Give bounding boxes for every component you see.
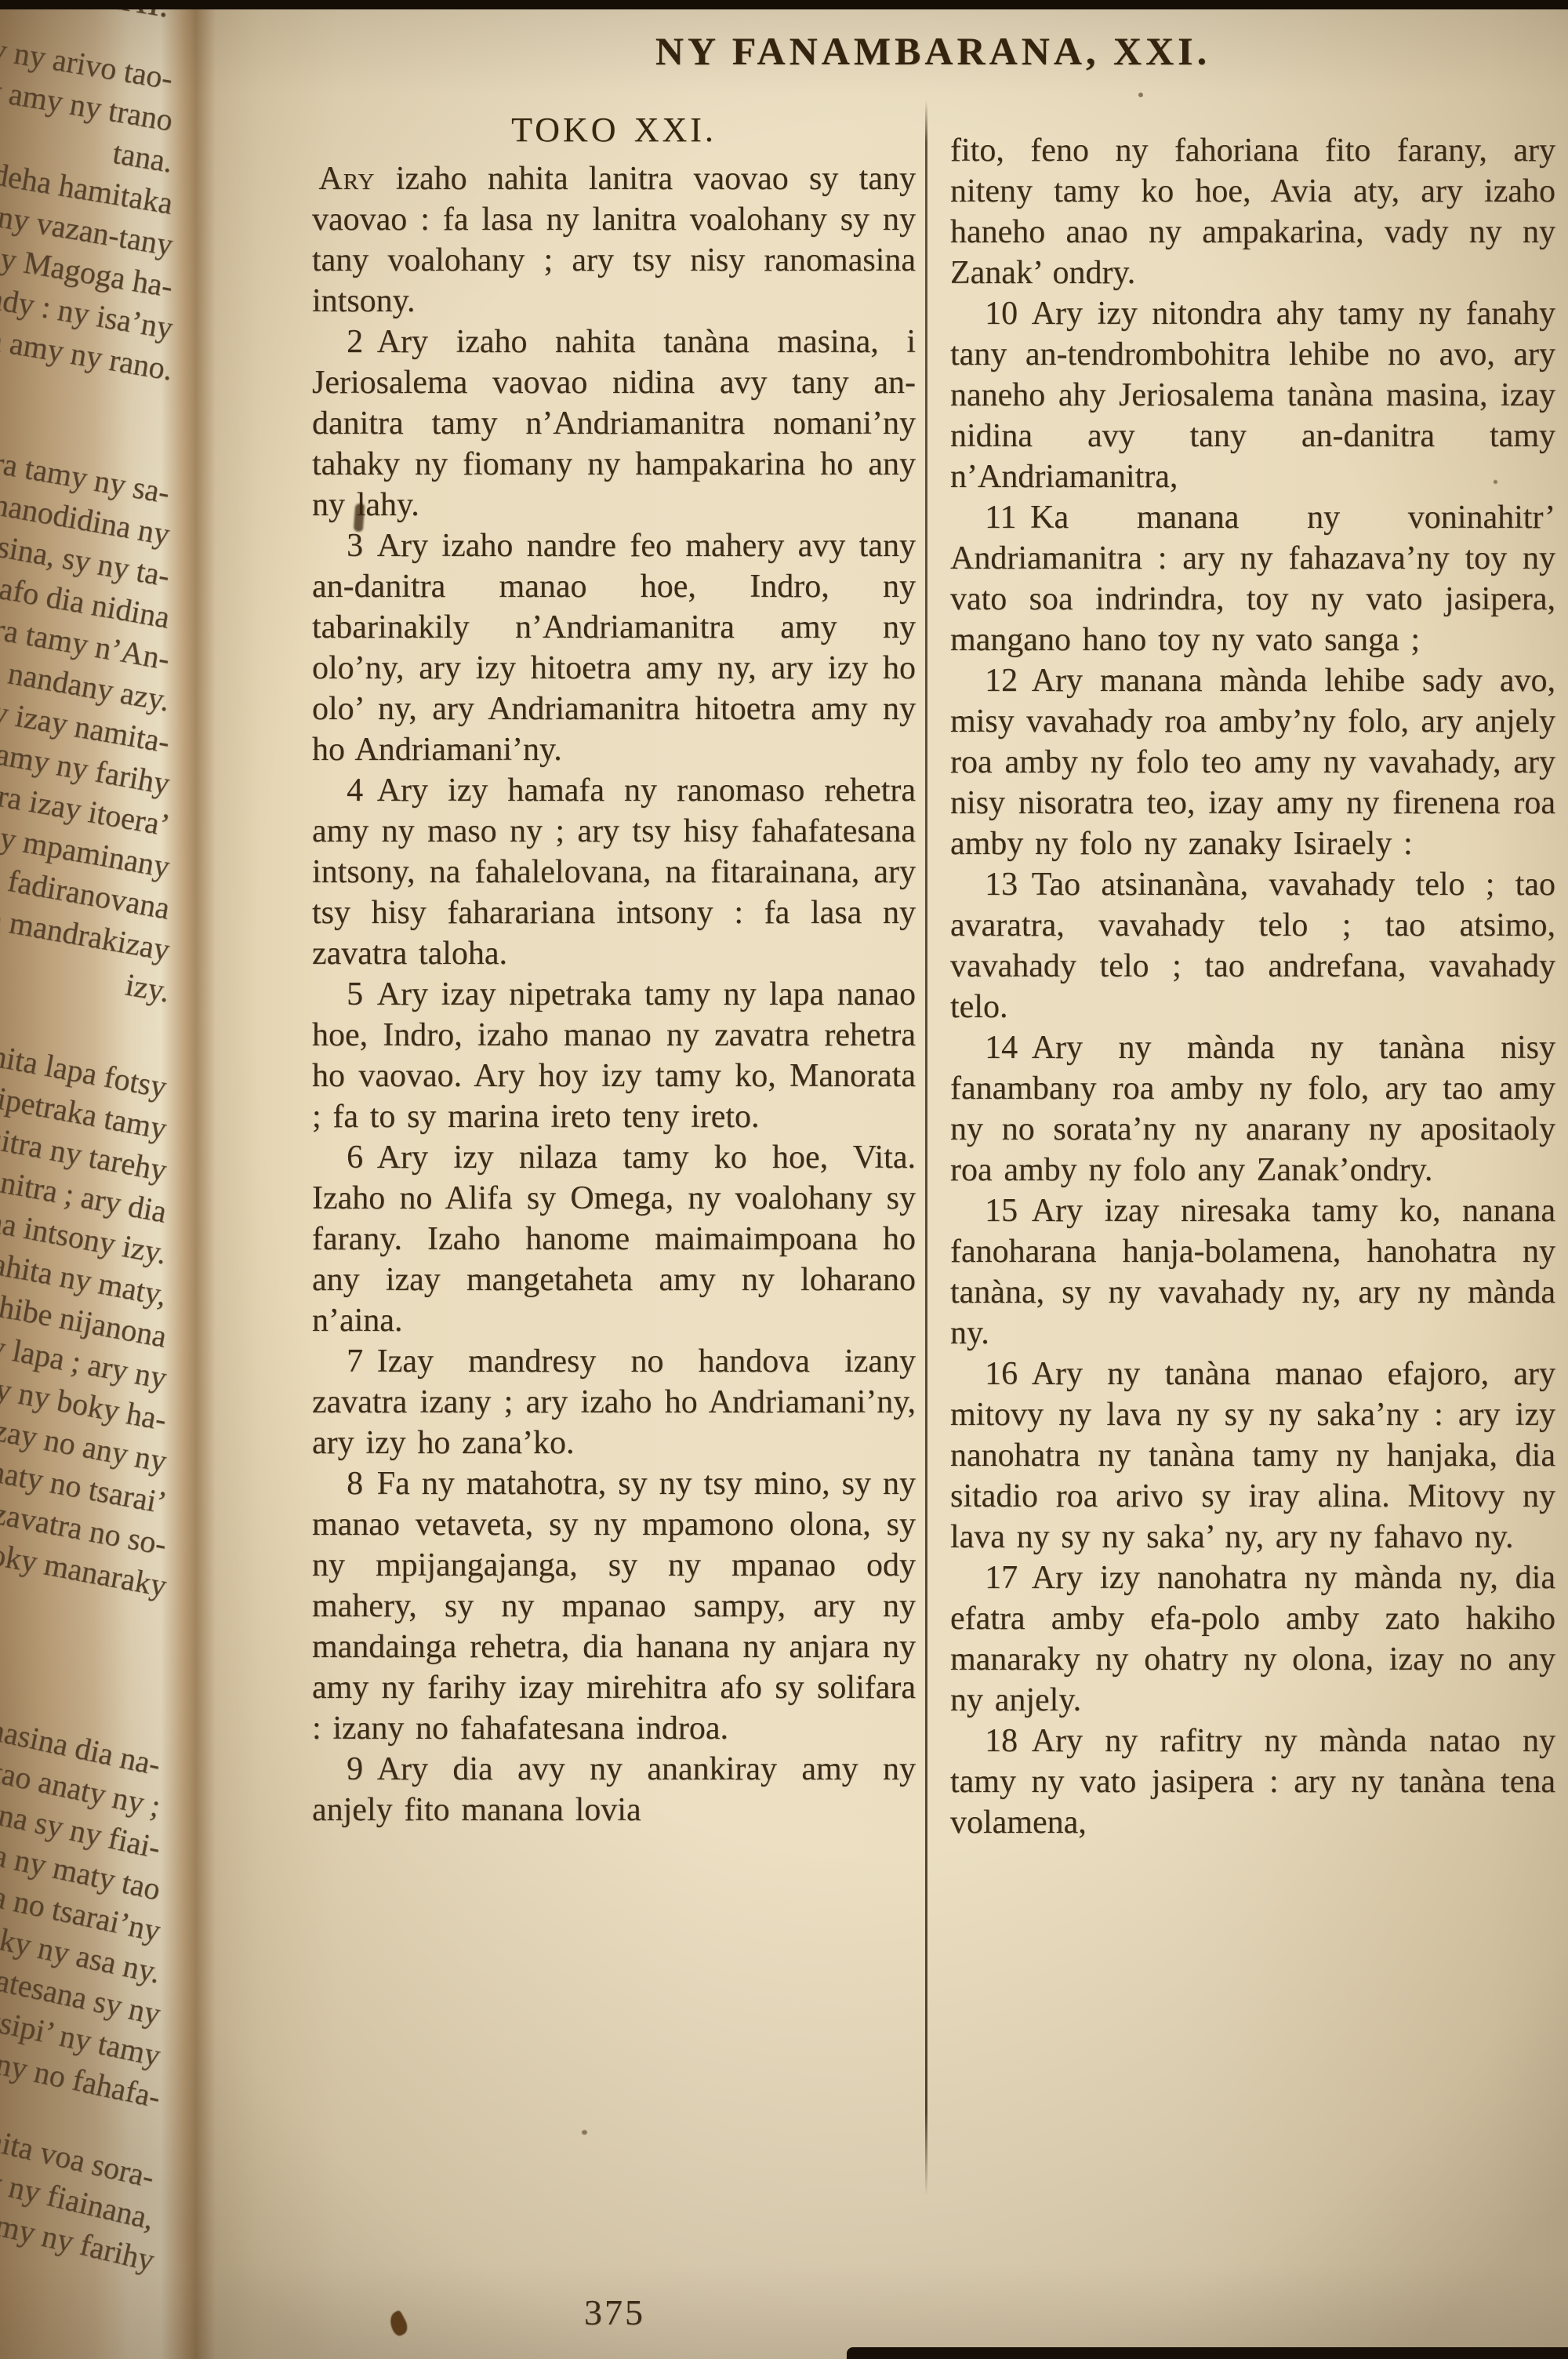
verse-text: Ary izay nipetraka tamy ny lapa nanao ho… [312, 976, 916, 1135]
left-column: TOKO XXI. Ary izaho nahita lanitra vaova… [312, 110, 916, 1830]
verse-text: Ka manana ny voninahitr’ Andriamanitra :… [950, 500, 1555, 658]
verse-number: 3 [347, 528, 363, 564]
paper-speck [1138, 93, 1143, 97]
edge-fragment-group: fa’lany ny arivo tao-ha’ny amy ny tranot… [0, 58, 172, 391]
photo-top-edge [0, 0, 1568, 9]
verse-number: 8 [347, 1466, 363, 1502]
verse-text: Ary ny tanàna manao efajoro, ary mitovy … [950, 1356, 1555, 1555]
verse-paragraph: 11Ka manana ny voninahitr’ Andriamanitra… [950, 497, 1555, 660]
verse-list: 10Ary izy nitondra ahy tamy ny fanahy ta… [950, 293, 1555, 1843]
verse-number: 17 [985, 1560, 1018, 1596]
verse-text: Ary izy nanohatra ny mànda ny, dia efatr… [950, 1560, 1555, 1718]
verse-continuation: fito, feno ny fahoriana fito farany, ary… [950, 130, 1555, 293]
paper-speck [582, 2130, 587, 2135]
verse-text: Ary manana mànda lehibe sady avo, misy v… [950, 663, 1555, 862]
verse-paragraph: 2Ary izaho nahita tanàna masina, i Jerio… [312, 322, 916, 525]
verse-paragraph: 6Ary izy nilaza tamy ko hoe, Vita. Izaho… [312, 1137, 916, 1341]
verse-text: Ary izy hamafa ny ranomaso rehetra amy n… [312, 772, 916, 972]
verse-list: 2Ary izaho nahita tanàna masina, i Jerio… [312, 322, 916, 1830]
scanned-page-photo: XXI. fa’lany ny arivo tao-ha’ny amy ny t… [0, 0, 1568, 2359]
verse-paragraph: 3Ary izaho nandre feo mahery avy tany an… [312, 525, 916, 770]
verse-paragraph: 5Ary izay nipetraka tamy ny lapa nanao h… [312, 974, 916, 1137]
facing-page-edge: XXI. fa’lany ny arivo tao-ha’ny amy ny t… [0, 0, 201, 2359]
edge-fragment-group: o nahita lapa fotsyay nipetraka tamyndos… [0, 1067, 166, 1607]
verse-number: 15 [985, 1193, 1018, 1229]
verse-text: Tao atsinanàna, vavahady telo ; tao avar… [950, 867, 1555, 1025]
verse-number: 10 [985, 296, 1018, 332]
verse-number: 7 [347, 1343, 363, 1379]
verse-text: Ary ny rafitry ny mànda natao ny tamy ny… [950, 1723, 1555, 1841]
verse-number: 2 [347, 324, 363, 360]
verse-paragraph: 13Tao atsinanàna, vavahady telo ; tao av… [950, 864, 1555, 1027]
verse-text: Ary izy nitondra ahy tamy ny fanahy tany… [950, 296, 1555, 495]
verse-text: Ary ny mànda ny tanàna nisy fanambany ro… [950, 1030, 1555, 1188]
verse-number: 18 [985, 1723, 1018, 1759]
verse-text: Ary izy nilaza tamy ko hoe, Vita. Izaho … [312, 1140, 916, 1339]
verse-number: 12 [985, 663, 1018, 699]
verse-number: 4 [347, 772, 363, 809]
column-divider [925, 100, 927, 2196]
verse-text: Ary dia avy ny anankiray amy ny anjely f… [312, 1751, 916, 1828]
verse-paragraph: 17Ary izy nanohatra ny mànda ny, dia efa… [950, 1558, 1555, 1721]
edge-fragment-group: tsy hita voa sora-boky ny fiainana,y tam… [0, 2157, 154, 2281]
verse-number: 13 [985, 867, 1018, 903]
verse-paragraph: 9Ary dia avy ny anankiray amy ny anjely … [312, 1749, 916, 1830]
ink-smudge [354, 503, 365, 533]
verse-paragraph: 16Ary ny tanàna manao efajoro, ary mitov… [950, 1354, 1555, 1558]
verse-paragraph: 18Ary ny rafitry ny mànda natao ny tamy … [950, 1721, 1555, 1843]
verse-text: Fa ny matahotra, sy ny tsy mino, sy ny m… [312, 1466, 916, 1747]
edge-fragment-group: anomasina dia na-aty tao anaty ny ;atesa… [0, 1744, 160, 2118]
chapter-heading: TOKO XXI. [312, 110, 916, 151]
verse-paragraph: 4Ary izy hamafa ny ranomaso rehetra amy … [312, 770, 916, 974]
verse-paragraph: 10Ary izy nitondra ahy tamy ny fanahy ta… [950, 293, 1555, 497]
verse-number: 5 [347, 976, 363, 1012]
verse-number: 9 [347, 1751, 363, 1787]
verse-paragraph: Ary izaho nahita lanitra vaovao sy tany … [312, 158, 916, 322]
verse-number: 14 [985, 1030, 1018, 1066]
verse-number: 11 [985, 500, 1016, 536]
verse-text: izaho nahita lanitra vaovao sy tany vaov… [312, 161, 916, 319]
right-column: fito, feno ny fahoriana fito farany, ary… [950, 130, 1555, 1843]
verse-text: Ary izaho nandre feo mahery avy tany an-… [312, 528, 916, 768]
verse-number: 6 [347, 1140, 363, 1176]
verse-paragraph: 7Izay mandresy no handova izany zavatra … [312, 1341, 916, 1463]
verse-paragraph: 14Ary ny mànda ny tanàna nisy fanambany … [950, 1027, 1555, 1190]
verse-paragraph: 8Fa ny matahotra, sy ny tsy mino, sy ny … [312, 1463, 916, 1749]
verse-number: 16 [985, 1356, 1018, 1392]
verse-paragraph: 15Ary izay niresaka tamy ko, nanana fano… [950, 1190, 1555, 1354]
paper-speck [1494, 480, 1497, 484]
verse-text: Izay mandresy no handova izany zavatra i… [312, 1343, 916, 1461]
running-header: NY FANAMBARANA, XXI. [314, 28, 1552, 74]
opening-word: Ary [318, 161, 375, 197]
verse-paragraph: 12Ary manana mànda lehibe sady avo, misy… [950, 660, 1555, 864]
verse-text: Ary izaho nahita tanàna masina, i Jerios… [312, 324, 916, 523]
photo-bottom-edge [847, 2347, 1568, 2359]
edge-fragment-group: iakatra tamy ny sa-, ary nanodidina nya … [0, 472, 169, 1012]
verse-text: Ary izay niresaka tamy ko, nanana fanoha… [950, 1193, 1555, 1351]
